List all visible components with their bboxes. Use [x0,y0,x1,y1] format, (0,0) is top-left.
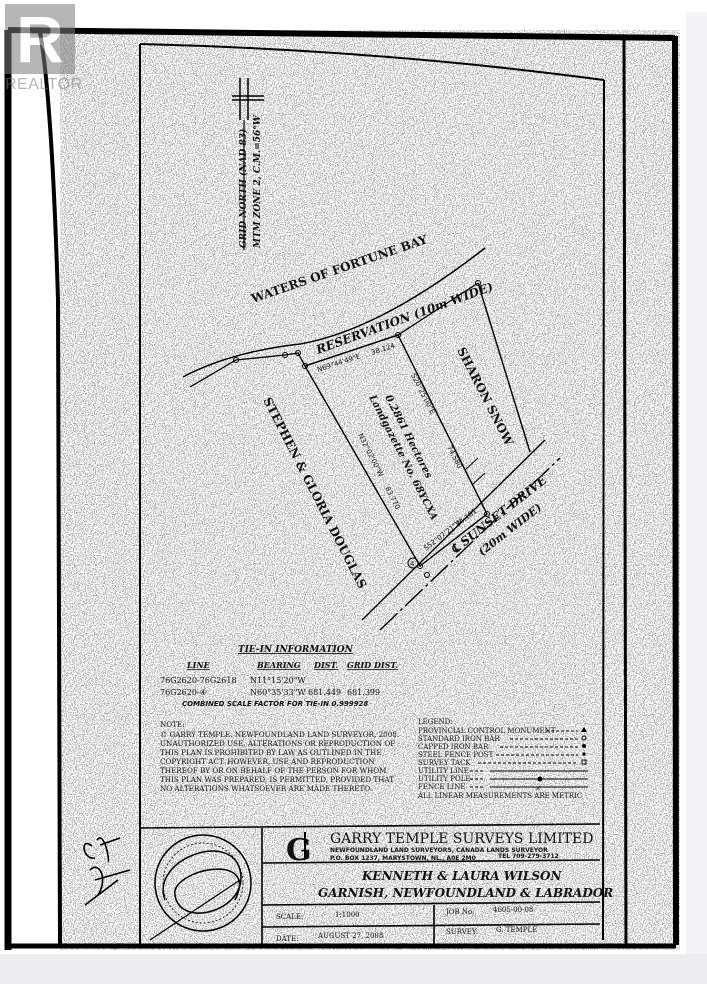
tie-in-header-bearing: BEARING [256,660,301,670]
svg-text:ALL LINEAR MEASUREMENTS ARE ME: ALL LINEAR MEASUREMENTS ARE METRIC [417,792,582,800]
svg-text:SURVEY TACK: SURVEY TACK [418,759,471,767]
svg-text:THIS PLAN WAS PREPARED, IS PER: THIS PLAN WAS PREPARED, IS PERMITTED, PR… [160,775,394,784]
svg-text:STEEL FENCE POST: STEEL FENCE POST [418,751,494,759]
survey-plan-image: GRID NORTH (NAD 83) MTM ZONE 2, C.M.=56°… [0,0,707,984]
svg-text:CAPPED IRON BAR: CAPPED IRON BAR [418,743,489,751]
svg-text:PROVINCIAL CONTROL MONUMENT: PROVINCIAL CONTROL MONUMENT [418,727,556,735]
realtor-watermark: R REALTOR [5,4,75,96]
job-value: 4605-00-08 [493,906,533,914]
corner-marker-number: 4 [410,560,415,568]
svg-text:x: x [536,784,540,792]
svg-text:FENCE LINE: FENCE LINE [418,783,465,791]
north-label-2: MTM ZONE 2, C.M.=56°W [253,114,263,249]
company-name: GARRY TEMPLE SURVEYS LIMITED [330,831,593,847]
tie-in-row-2-bearing: N60°35'33"W [250,688,306,697]
copyright-note: NOTE: © GARRY TEMPLE, NEWFOUNDLAND LAND … [160,720,399,793]
company-logo-icon: G [286,832,312,868]
tie-in-row-2-dist: 681.449 [308,688,341,697]
svg-text:LEGEND:: LEGEND: [418,718,453,726]
svg-text:NOTE:: NOTE: [160,720,185,729]
scale-value: 1:1000 [335,911,360,919]
tie-in-header-grid-dist: GRID DIST. [347,660,398,670]
tie-in-row-1-bearing: N11°15'20"W [250,676,306,685]
tie-in-header-line: LINE [186,660,211,670]
north-label-1: GRID NORTH (NAD 83) [238,129,249,248]
company-address: P.O. BOX 1237, MARYSTOWN, NL., A0E 2M0 [330,855,476,862]
svg-text:UTILITY LINE: UTILITY LINE [418,767,469,775]
svg-text:UNAUTHORIZED USE, ALTERATIONS: UNAUTHORIZED USE, ALTERATIONS OR REPRODU… [160,739,395,748]
tie-in-row-2-line: 76G2620-④ [160,688,207,697]
survey-label: SURVEY: [446,928,478,936]
realtor-r-glyph: R [5,4,75,74]
date-value: AUGUST 27, 2008 [317,932,383,940]
svg-text:© GARRY TEMPLE, NEWFOUNDLAND L: © GARRY TEMPLE, NEWFOUNDLAND LAND SURVEY… [160,730,399,739]
company-tel: TEL 709-279-3712 [498,853,559,860]
svg-text:STANDARD IRON BAR: STANDARD IRON BAR [418,735,500,743]
tie-in-title: TIE-IN INFORMATION [238,645,354,655]
svg-text:UTILITY POLE: UTILITY POLE [418,775,470,783]
client-location: GARNISH, NEWFOUNDLAND & LABRADOR [318,886,613,900]
svg-text:COPYRIGHT ACT. HOWEVER, USE AN: COPYRIGHT ACT. HOWEVER, USE AND REPRODUC… [160,757,375,766]
tie-in-row-2-grid-dist: 681.399 [347,688,380,697]
tie-in-row-1-line: 76G2620-76G2618 [160,676,237,685]
scale-label: SCALE: [276,913,303,921]
tie-in-header-dist: DIST. [313,660,338,670]
realtor-brand-text: REALTOR [5,76,83,94]
job-label: JOB No: [445,908,475,916]
svg-text:NO ALTERATIONS WHATSOEVER ARE: NO ALTERATIONS WHATSOEVER ARE MADE THERE… [160,784,372,793]
svg-text:THIS PLAN IS PROHIBITED BY LAW: THIS PLAN IS PROHIBITED BY LAW AS OUTLIN… [160,748,382,757]
survey-value: G. TEMPLE [496,926,537,934]
svg-text:THEREOF BY OR ON BEHALF OF THE: THEREOF BY OR ON BEHALF OF THE PERSON FO… [160,766,387,775]
client-name: KENNETH & LAURA WILSON [361,869,562,883]
tie-in-footer: COMBINED SCALE FACTOR FOR TIE-IN 0.99992… [182,700,368,708]
date-label: DATE: [276,935,298,943]
top-bar [0,0,707,12]
svg-text:G: G [286,833,312,868]
